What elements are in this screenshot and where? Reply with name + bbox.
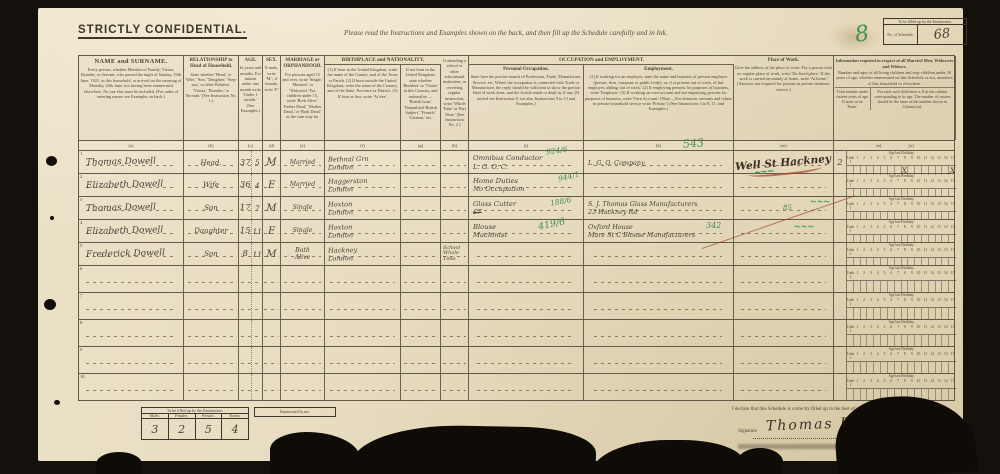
cell-sex: F <box>263 220 281 242</box>
age-cell <box>908 258 915 266</box>
cell-birthplace-lines: HoxtonLondon <box>325 220 400 242</box>
cell-employment <box>584 347 734 373</box>
age-cell <box>936 212 943 220</box>
age-cell <box>915 308 922 320</box>
age-label: 2 <box>861 202 868 211</box>
children-age-grid: Age last Birthday.Under 1123456789101112… <box>847 293 956 319</box>
children-total <box>834 320 847 346</box>
cell-relationship-line: Son <box>184 250 238 258</box>
age-cell <box>929 235 936 243</box>
age-label: 8 <box>902 325 909 334</box>
children-age-cells <box>847 308 956 320</box>
age-label: 2 <box>861 379 868 388</box>
summary-value-rooms: 4 <box>222 419 248 439</box>
cell-marriage-lines: Single <box>281 220 324 242</box>
cell-employment-line: 23 Hackney Rd <box>584 208 733 216</box>
age-cell <box>929 258 936 266</box>
col-header-marriage: MARRIAGE or ORPHANHOOD.For persons aged … <box>281 56 325 140</box>
cell-age: 177 <box>239 197 263 219</box>
children-total <box>834 347 847 373</box>
cell-marriage-line: Married <box>281 159 324 166</box>
cell-sex <box>263 320 281 346</box>
punch-hole <box>54 400 60 405</box>
cell-relationship-line: Wife <box>184 181 238 189</box>
age-label: 14 <box>942 156 949 165</box>
cell-birthplace <box>325 374 401 400</box>
cell-marriage-line: Single <box>281 204 324 211</box>
cell-nationality <box>401 220 441 242</box>
age-cell <box>902 258 909 266</box>
age-cell <box>881 308 888 320</box>
cell-employment <box>584 320 734 346</box>
cell-sex: M <box>263 197 281 219</box>
age-label: 13 <box>936 325 943 334</box>
age-cell <box>881 362 888 374</box>
col-header-relationship: RELATIONSHIP to Head of Household.State … <box>184 56 239 140</box>
cell-sex <box>263 374 281 400</box>
cell-occupation-line: Machinist <box>469 231 583 239</box>
age-cell <box>936 335 943 347</box>
children-age-labels: Under 1123456789101112131415 <box>847 225 956 235</box>
cell-marriage-lines: Married <box>281 174 324 196</box>
age-cell <box>915 212 922 220</box>
age-label: 2 <box>861 352 868 361</box>
cell-marriage <box>281 347 325 373</box>
age-label: 10 <box>915 298 922 307</box>
age-label: 1 <box>854 202 861 211</box>
children-total <box>834 374 847 400</box>
age-label: 4 <box>874 271 881 280</box>
cell-birthplace-lines: HaggerstonLondon <box>325 174 400 196</box>
table-row: 10Age last Birthday.Under 11234567891011… <box>78 374 955 401</box>
cell-relationship: Son <box>184 197 239 219</box>
age-label: 9 <box>908 248 915 257</box>
table-row: 4Elizabeth DowellDaughter1511FSingleHoxt… <box>78 220 955 243</box>
col-header-employment: Employment.(1) If working for an employe… <box>584 56 734 140</box>
age-cell <box>908 212 915 220</box>
age-cell <box>922 281 929 293</box>
age-cell <box>902 189 909 197</box>
age-label: 3 <box>867 248 874 257</box>
cell-marriage: Single <box>281 220 325 242</box>
cell-sex: F <box>263 174 281 196</box>
cell-employment-line: S. J. Thomas Glass Manufacturers <box>584 200 733 208</box>
age-cell <box>867 281 874 293</box>
cell-relationship-lines: Head. <box>184 151 238 175</box>
col-header-sex: SEX.If male, write 'M.'; if female, writ… <box>263 56 281 140</box>
children-age-cells <box>847 362 956 374</box>
age-label: 10 <box>915 352 922 361</box>
age-cell <box>847 258 854 266</box>
age-label: Under 1 <box>847 179 854 188</box>
children-age-grid: Age last Birthday.Under 1123456789101112… <box>847 220 956 242</box>
age-label: 8 <box>902 248 909 257</box>
age-cell <box>895 258 902 266</box>
age-label: 14 <box>942 352 949 361</box>
row-number: 2 <box>80 174 82 179</box>
cell-relationship-lines: Daughter <box>184 220 238 242</box>
children-total <box>834 174 847 196</box>
cell-birthplace <box>325 320 401 346</box>
name-entry: Frederick Dowell <box>79 242 183 266</box>
age-months <box>251 266 262 292</box>
age-cell <box>874 335 881 347</box>
cell-relationship <box>184 374 239 400</box>
cell-employment <box>584 293 734 319</box>
age-label: 8 <box>902 298 909 307</box>
age-cell <box>861 235 868 243</box>
col-header-school: If attending a school or other education… <box>441 56 469 140</box>
age-label: 6 <box>888 225 895 234</box>
cell-children: Age last Birthday.Under 1123456789101112… <box>834 197 956 219</box>
age-cell <box>881 258 888 266</box>
age-label: 15 <box>949 225 956 234</box>
age-cell <box>929 281 936 293</box>
cell-school <box>441 320 469 346</box>
age-label: 3 <box>867 379 874 388</box>
cell-age <box>239 320 263 346</box>
cell-name: 8 <box>79 320 184 346</box>
column-letter: (c) <box>239 141 263 150</box>
age-label: 5 <box>881 352 888 361</box>
age-label: 4 <box>874 379 881 388</box>
census-table: NAME and SURNAME.Every person, whether M… <box>78 55 955 401</box>
age-cell <box>847 335 854 347</box>
cell-marriage: Married <box>281 174 325 196</box>
cell-marriage: Single <box>281 197 325 219</box>
cell-name: 5Frederick Dowell <box>79 243 184 265</box>
age-cell <box>922 308 929 320</box>
age-label: 7 <box>895 325 902 334</box>
age-label: 15 <box>949 271 956 280</box>
row-number: 8 <box>80 320 82 325</box>
age-label: 15 <box>949 179 956 188</box>
age-cell <box>895 281 902 293</box>
age-label: 13 <box>936 352 943 361</box>
column-letter: (n) (o) <box>834 141 956 150</box>
cell-name: 1Thomas Dowell <box>79 151 184 175</box>
age-label: 3 <box>867 225 874 234</box>
age-cell <box>888 362 895 374</box>
age-months: 4 <box>251 174 262 196</box>
age-years: 8 <box>239 243 251 265</box>
sex-entry: F <box>268 226 275 237</box>
age-years: 15 <box>239 220 251 242</box>
cell-occupation <box>469 266 584 292</box>
children-age-labels: Under 1123456789101112131415 <box>847 352 956 362</box>
cell-nationality <box>401 347 441 373</box>
age-label: 3 <box>867 325 874 334</box>
age-cell <box>867 258 874 266</box>
summary-value-males: 3 <box>142 419 168 439</box>
cell-birthplace-line: London <box>325 253 400 263</box>
group-title-birthplace: BIRTHPLACE and NATIONALITY. <box>325 56 441 65</box>
cell-employment <box>584 243 734 265</box>
age-cell <box>847 212 854 220</box>
cell-marriage <box>281 293 325 319</box>
cell-name: 6 <box>79 266 184 292</box>
age-cell <box>881 335 888 347</box>
age-label: 9 <box>908 271 915 280</box>
age-label: 5 <box>881 202 888 211</box>
age-label: 2 <box>861 156 868 165</box>
cell-name: 10 <box>79 374 184 400</box>
age-label: 9 <box>908 202 915 211</box>
children-age-grid: Age last Birthday.Under 1123456789101112… <box>847 347 956 373</box>
age-cell <box>881 235 888 243</box>
cell-nationality <box>401 243 441 265</box>
children-age-labels: Under 1123456789101112131415 <box>847 325 956 335</box>
age-label: 7 <box>895 202 902 211</box>
cell-occupation <box>469 374 584 400</box>
cell-occupation-line: £7 <box>469 208 583 216</box>
age-label: 1 <box>854 325 861 334</box>
children-total: 2 <box>834 151 847 175</box>
age-label: 3 <box>867 202 874 211</box>
age-cell <box>881 281 888 293</box>
age-cell <box>854 258 861 266</box>
age-years <box>239 293 251 319</box>
row-number: 4 <box>80 220 82 225</box>
age-cell <box>861 308 868 320</box>
cell-birthplace-line: London <box>325 230 400 240</box>
age-label: 7 <box>895 271 902 280</box>
age-cell <box>854 235 861 243</box>
row-number: 3 <box>80 197 82 202</box>
cell-relationship-line: Head. <box>184 159 238 167</box>
age-cell <box>847 281 854 293</box>
age-cell <box>949 281 956 293</box>
age-label: 1 <box>854 225 861 234</box>
age-years: 37 <box>239 151 251 175</box>
cell-marriage <box>281 266 325 292</box>
cell-birthplace-lines: HoxtonLondon <box>325 197 400 219</box>
ink-blot <box>737 448 783 474</box>
age-label: Under 1 <box>847 248 854 257</box>
age-cell <box>936 189 943 197</box>
cell-nationality <box>401 174 441 196</box>
cell-birthplace: Bethnal GrnLondon <box>325 151 401 175</box>
cell-relationship <box>184 293 239 319</box>
age-label: 7 <box>895 156 902 165</box>
age-label: 9 <box>908 179 915 188</box>
sex-entry: M <box>266 203 276 214</box>
name-entry: Thomas Dowell <box>79 196 183 220</box>
column-letters-row: (a)(b)(c)(d)(e)(f)(g)(h)(i)(k)(m)(n) (o) <box>78 141 955 151</box>
age-cell <box>874 308 881 320</box>
cell-employment-lines: L. G. O. Company <box>584 151 733 175</box>
children-total-note: Total number under sixteen years of age.… <box>835 88 871 110</box>
cell-birthplace-line: London <box>325 184 400 194</box>
group-title-occupation: OCCUPATION and EMPLOYMENT. <box>469 56 734 65</box>
cell-birthplace <box>325 266 401 292</box>
age-cell <box>922 189 929 197</box>
cell-birthplace: HaggerstonLondon <box>325 174 401 196</box>
age-label: 14 <box>942 248 949 257</box>
age-cell <box>867 389 874 401</box>
name-entry: Thomas Dowell <box>79 150 183 174</box>
age-cell <box>874 189 881 197</box>
cell-age <box>239 266 263 292</box>
age-label: Under 1 <box>847 379 854 388</box>
signature-label: Signature <box>738 429 757 434</box>
age-label: 6 <box>888 325 895 334</box>
age-cell <box>915 189 922 197</box>
schedule-number-label: No. of Schedule. <box>884 25 918 44</box>
children-age-cells <box>847 212 956 220</box>
children-age-cells <box>847 281 956 293</box>
cell-marriage-line: Single <box>281 227 324 234</box>
age-cell <box>908 235 915 243</box>
age-years: 17 <box>239 197 251 219</box>
age-label: Under 1 <box>847 352 854 361</box>
cell-occupation-line: L. G. O. C. <box>469 163 583 171</box>
row-number: 9 <box>80 347 82 352</box>
table-header: NAME and SURNAME.Every person, whether M… <box>78 55 955 141</box>
cell-sex <box>263 266 281 292</box>
age-cell <box>902 335 909 347</box>
cell-children: Age last Birthday.Under 1123456789101112… <box>834 220 956 242</box>
age-label: 1 <box>854 352 861 361</box>
age-cell <box>895 362 902 374</box>
cell-marriage-lines: Single <box>281 197 324 219</box>
age-label: 6 <box>888 352 895 361</box>
age-label: 4 <box>874 156 881 165</box>
age-label: 9 <box>908 352 915 361</box>
age-cell <box>936 235 943 243</box>
age-label: 5 <box>881 271 888 280</box>
age-cell <box>949 335 956 347</box>
age-cell <box>942 189 949 197</box>
age-months: 5 <box>251 151 262 175</box>
age-label: 3 <box>867 179 874 188</box>
age-years <box>239 347 251 373</box>
column-letter: (f) <box>325 141 401 150</box>
row-number: 5 <box>80 243 82 248</box>
cell-nationality <box>401 197 441 219</box>
cell-sex <box>263 293 281 319</box>
age-months: 11 <box>251 220 262 242</box>
age-label: 2 <box>861 325 868 334</box>
age-label: Under 1 <box>847 271 854 280</box>
age-label: 15 <box>949 352 956 361</box>
age-cell <box>922 212 929 220</box>
green-code-row1-employment: 543 <box>683 136 705 150</box>
age-months <box>251 293 262 319</box>
age-label: 2 <box>861 298 868 307</box>
age-label: 9 <box>908 298 915 307</box>
age-months <box>251 374 262 400</box>
age-label: 3 <box>867 156 874 165</box>
age-label: 5 <box>881 179 888 188</box>
age-cell <box>915 362 922 374</box>
cell-age <box>239 293 263 319</box>
cell-occupation-line: Omnibus Conductor <box>469 154 583 162</box>
age-cell <box>867 362 874 374</box>
cell-school <box>441 174 469 196</box>
cell-school-lines: SchoolWholeTime <box>441 243 468 265</box>
age-cell <box>902 212 909 220</box>
age-label: 1 <box>854 298 861 307</box>
children-age-grid: Age last Birthday.Under 1123456789101112… <box>847 266 956 292</box>
children-age-labels: Under 1123456789101112131415 <box>847 271 956 281</box>
age-label: 13 <box>936 298 943 307</box>
age-cell <box>949 362 956 374</box>
age-cell <box>895 308 902 320</box>
age-label: 13 <box>936 248 943 257</box>
age-label: 6 <box>888 298 895 307</box>
cell-relationship: Daughter <box>184 220 239 242</box>
cell-relationship-lines: Son <box>184 243 238 265</box>
cell-place-of-work <box>734 266 834 292</box>
age-cell <box>942 362 949 374</box>
age-label: 9 <box>908 156 915 165</box>
age-cell <box>915 335 922 347</box>
age-label: 2 <box>861 225 868 234</box>
age-cell <box>936 258 943 266</box>
column-letter: (d) <box>263 141 281 150</box>
cell-marriage-lines: Married <box>281 151 324 175</box>
ink-blot <box>352 424 597 474</box>
cell-employment <box>584 374 734 400</box>
age-cell <box>854 308 861 320</box>
cell-name: 4Elizabeth Dowell <box>79 220 184 242</box>
column-letter: (k) <box>584 141 734 150</box>
col-header-name: NAME and SURNAME.Every person, whether M… <box>79 56 184 140</box>
age-cell <box>888 235 895 243</box>
age-label: 7 <box>895 179 902 188</box>
age-months <box>251 347 262 373</box>
age-label: 13 <box>936 271 943 280</box>
age-cell <box>895 335 902 347</box>
cell-age: 364 <box>239 174 263 196</box>
age-label: 10 <box>915 271 922 280</box>
cell-children: Age last Birthday.Under 1123456789101112… <box>834 293 956 319</box>
cell-school-line: Time <box>441 257 468 263</box>
cell-age <box>239 347 263 373</box>
age-cell <box>922 258 929 266</box>
age-cell <box>949 389 956 401</box>
age-cell <box>874 258 881 266</box>
cell-relationship <box>184 347 239 373</box>
age-cell <box>949 308 956 320</box>
cell-birthplace-line: London <box>325 207 400 217</box>
age-cell <box>847 362 854 374</box>
children-age-cells <box>847 189 956 197</box>
children-age-grid: Age last Birthday.Under 1123456789101112… <box>847 151 956 175</box>
age-label: 1 <box>854 156 861 165</box>
age-label: 10 <box>915 179 922 188</box>
row-number: 7 <box>80 293 82 298</box>
age-years <box>239 374 251 400</box>
cell-children: Age last Birthday.Under 1123456789101112… <box>834 174 956 196</box>
age-cell <box>949 258 956 266</box>
age-cell <box>854 362 861 374</box>
age-cell <box>854 281 861 293</box>
age-label: 15 <box>949 156 956 165</box>
cell-school <box>441 220 469 242</box>
age-cell <box>908 308 915 320</box>
age-cell <box>867 235 874 243</box>
age-cell <box>902 362 909 374</box>
cell-place-of-work <box>734 293 834 319</box>
age-label: 8 <box>902 225 909 234</box>
cell-children: 2Age last Birthday.Under 112345678910111… <box>834 151 956 175</box>
age-label: 4 <box>874 202 881 211</box>
age-label: 4 <box>874 325 881 334</box>
age-years: 36 <box>239 174 251 196</box>
age-label: 15 <box>949 298 956 307</box>
